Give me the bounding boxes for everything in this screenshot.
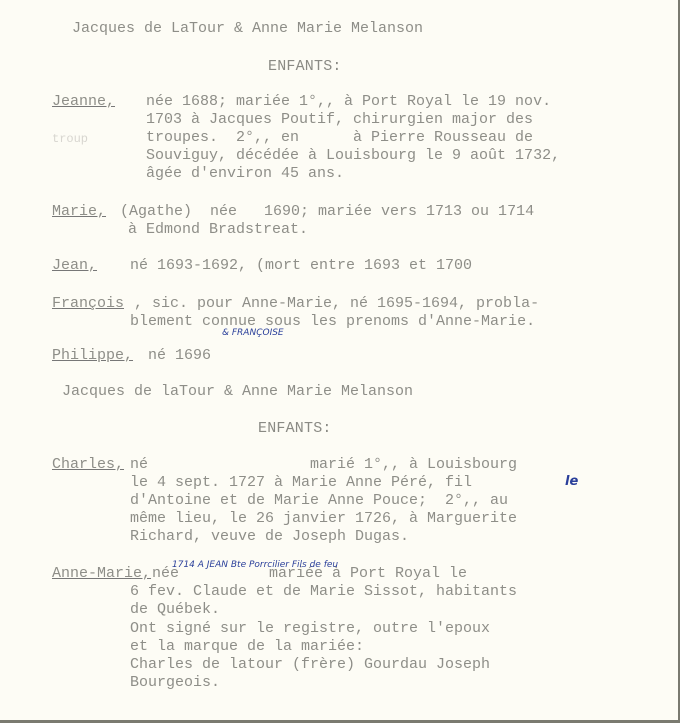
entry-line: Bourgeois. (130, 674, 220, 692)
child-name-francois: François (52, 295, 124, 313)
child-name-jeanne: Jeanne, (52, 93, 115, 111)
entry-line: née 1688; mariée 1°,, à Port Royal le 19… (146, 93, 551, 111)
handwritten-annotation: le (565, 474, 578, 489)
child-name-marie: Marie, (52, 203, 106, 221)
document-page: Jacques de LaTour & Anne Marie Melanson … (0, 0, 678, 720)
entry-line: 6 fev. Claude et de Marie Sissot, habita… (130, 583, 517, 601)
entry-line: Richard, veuve de Joseph Dugas. (130, 528, 409, 546)
entry-line: âgée d'environ 45 ans. (146, 165, 344, 183)
entry-line: le 4 sept. 1727 à Marie Anne Péré, fil (130, 474, 472, 492)
entry-line: né 1696 (148, 347, 211, 365)
entry-line: Charles de latour (frère) Gourdau Joseph (130, 656, 490, 674)
margin-note: troup (52, 130, 88, 148)
entry-line: , sic. pour Anne-Marie, né 1695-1694, pr… (134, 295, 539, 313)
child-name-charles: Charles, (52, 456, 124, 474)
entry-line: 1703 à Jacques Poutif, chirurgien major … (146, 111, 533, 129)
handwritten-annotation: & FRANÇOISE (222, 328, 284, 338)
family-title-2: Jacques de laTour & Anne Marie Melanson (62, 383, 413, 401)
child-name-anne-marie: Anne-Marie, (52, 565, 151, 583)
family-title-1: Jacques de LaTour & Anne Marie Melanson (72, 20, 423, 38)
entry-line: né 1693-1692, (mort entre 1693 et 1700 (130, 257, 472, 275)
entry-line: Ont signé sur le registre, outre l'epoux (130, 620, 490, 638)
entry-line: né marié 1°,, à Louisbourg (130, 456, 517, 474)
handwritten-annotation: 1714 A JEAN Bte Porrcilier Fils de feu (172, 560, 338, 570)
entry-line: à Edmond Bradstreat. (128, 221, 308, 239)
entry-line: (Agathe) née 1690; mariée vers 1713 ou 1… (120, 203, 534, 221)
child-name-philippe: Philippe, (52, 347, 133, 365)
entry-line: Souviguy, décédée à Louisbourg le 9 août… (146, 147, 560, 165)
enfants-heading-2: ENFANTS: (258, 420, 332, 438)
entry-line: d'Antoine et de Marie Anne Pouce; 2°,, a… (130, 492, 508, 510)
child-name-jean: Jean, (52, 257, 97, 275)
entry-line: troupes. 2°,, en à Pierre Rousseau de (146, 129, 533, 147)
entry-line: et la marque de la mariée: (130, 638, 364, 656)
entry-line: de Québek. (130, 601, 220, 619)
enfants-heading-1: ENFANTS: (268, 58, 342, 76)
entry-line: blement connue sous les prenoms d'Anne-M… (130, 313, 535, 331)
entry-line: même lieu, le 26 janvier 1726, à Marguer… (130, 510, 517, 528)
